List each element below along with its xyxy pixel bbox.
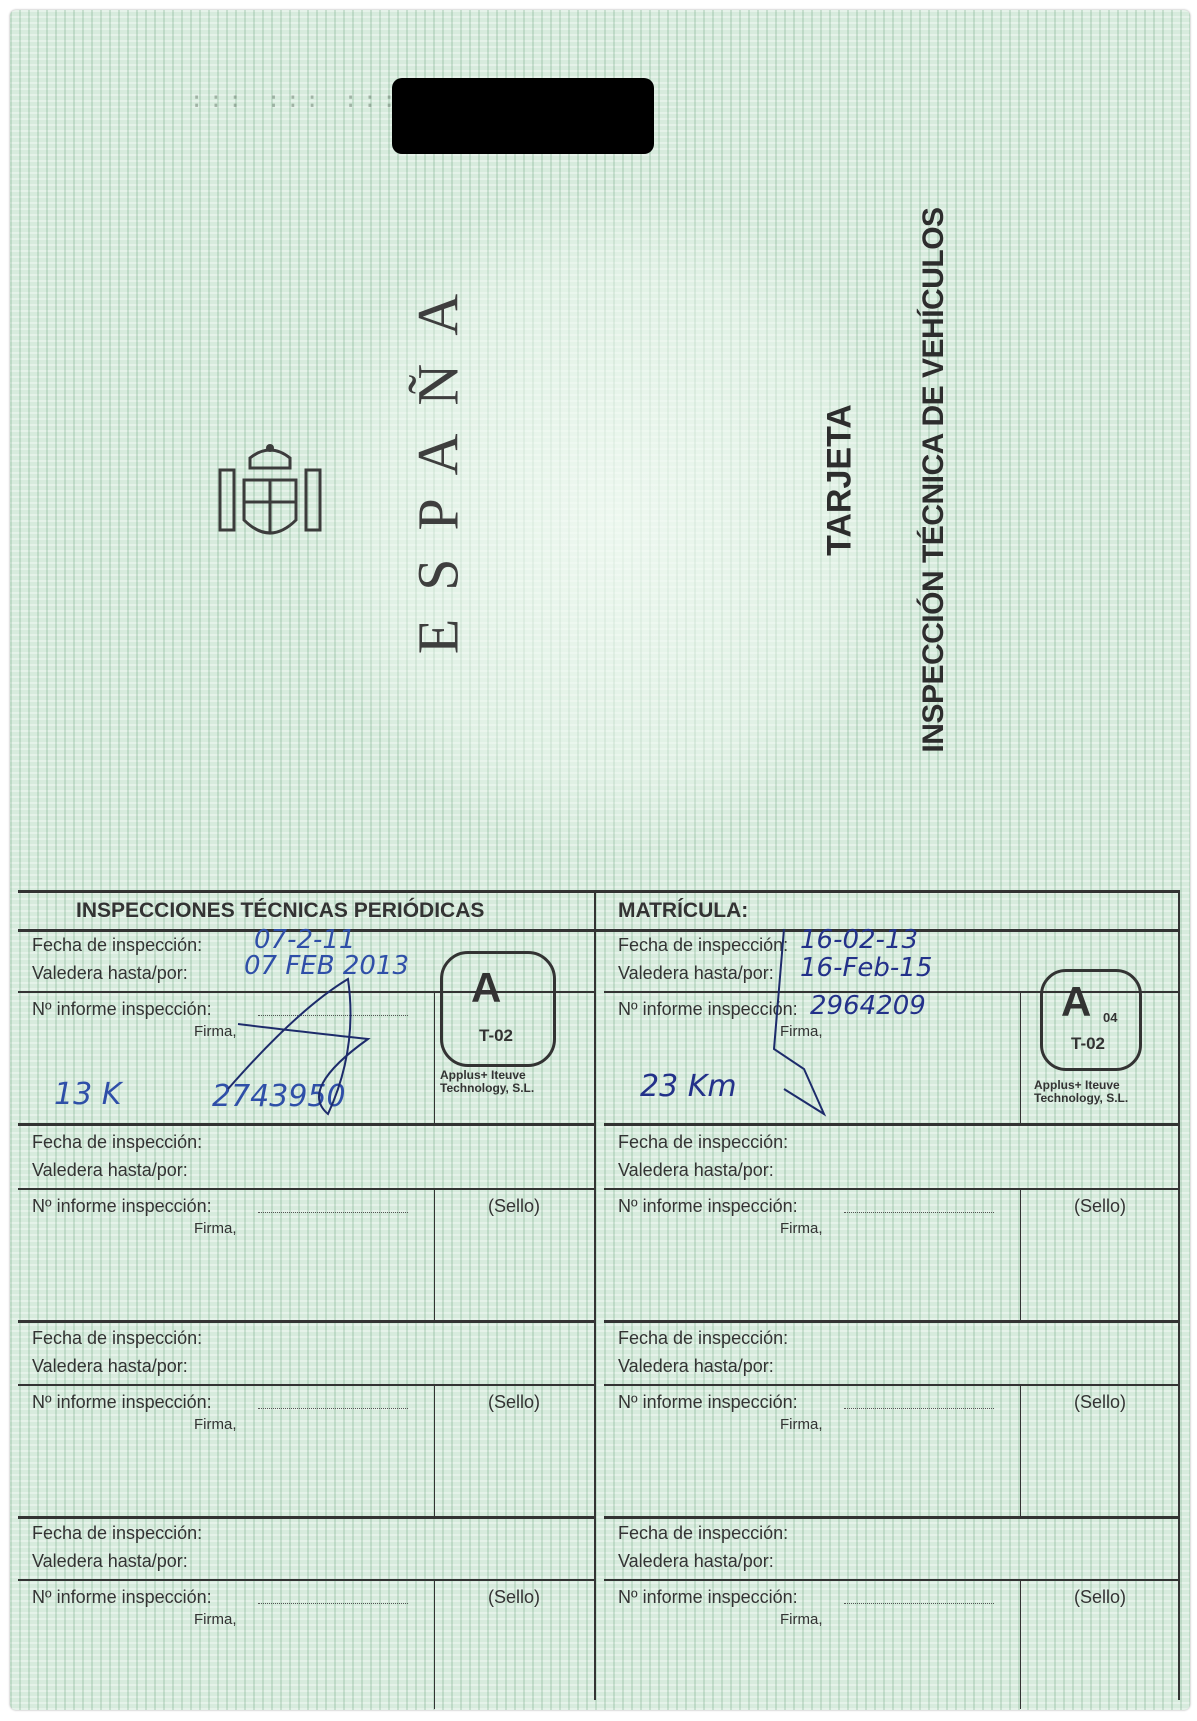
sello-label: (Sello) — [488, 1392, 540, 1413]
perforation-marks: ::: ::: ::: — [190, 88, 402, 113]
block-bottom-border — [18, 1516, 594, 1519]
fecha-label: Fecha de inspección: — [32, 935, 202, 956]
informe-dotted-line — [258, 1212, 408, 1213]
firma-label: Firma, — [780, 1611, 823, 1628]
row-separator — [18, 1579, 594, 1581]
valedera-label: Valedera hasta/por: — [32, 1356, 188, 1377]
valedera-label: Valedera hasta/por: — [618, 1356, 774, 1377]
signature-scribble — [744, 919, 864, 1119]
block-bottom-border — [604, 1320, 1180, 1323]
fecha-label: Fecha de inspección: — [618, 1523, 788, 1544]
block-bottom-border — [604, 1123, 1180, 1126]
handwritten-km: 13 K — [54, 1077, 121, 1112]
informe-dotted-line — [844, 1603, 994, 1604]
valedera-label: Valedera hasta/por: — [32, 1160, 188, 1181]
informe-label: Nº informe inspección: — [32, 999, 212, 1020]
firma-label: Firma, — [194, 1416, 237, 1433]
sello-label: (Sello) — [1074, 1196, 1126, 1217]
informe-label: Nº informe inspección: — [618, 1587, 798, 1608]
block-bottom-border — [18, 1320, 594, 1323]
stamp-cell-divider — [434, 1188, 435, 1320]
row-separator — [604, 1188, 1180, 1190]
stamp-sub-code: 04 — [1103, 1010, 1117, 1025]
firma-label: Firma, — [194, 1611, 237, 1628]
sello-label: (Sello) — [488, 1587, 540, 1608]
sello-label: (Sello) — [488, 1196, 540, 1217]
valedera-label: Valedera hasta/por: — [32, 963, 188, 984]
valedera-label: Valedera hasta/por: — [32, 1551, 188, 1572]
stamp-cell-divider — [434, 1579, 435, 1709]
stamp-caption: Applus+ Iteuve Technology, S.L. — [1034, 1079, 1154, 1105]
itv-stamp: A 04 T-02 — [1040, 969, 1142, 1071]
sello-label: (Sello) — [1074, 1392, 1126, 1413]
stamp-code: T-02 — [1071, 1034, 1105, 1054]
row-separator — [18, 1188, 594, 1190]
itv-stamp: A T-02 — [440, 951, 556, 1067]
fecha-label: Fecha de inspección: — [618, 1132, 788, 1153]
fecha-label: Fecha de inspección: — [618, 1328, 788, 1349]
stamp-cell-divider — [434, 1384, 435, 1516]
card-subtitle: INSPECCIÓN TÉCNICA DE VEHÍCULOS — [917, 207, 951, 752]
firma-label: Firma, — [780, 1220, 823, 1237]
stamp-cell-divider — [1020, 1384, 1021, 1516]
stamp-mark: A — [1061, 978, 1091, 1026]
fecha-label: Fecha de inspección: — [32, 1328, 202, 1349]
stamp-cell-divider — [1020, 1579, 1021, 1709]
stamp-cell-divider — [434, 991, 435, 1123]
row-separator — [604, 1579, 1180, 1581]
row-separator — [18, 1384, 594, 1386]
block-bottom-border — [604, 1516, 1180, 1519]
card-title: TARJETA — [821, 404, 860, 556]
stamp-mark: A — [471, 964, 501, 1012]
column-divider — [594, 890, 596, 1700]
informe-label: Nº informe inspección: — [32, 1196, 212, 1217]
table-header: INSPECCIONES TÉCNICAS PERIÓDICAS MATRÍCU… — [18, 890, 1180, 932]
informe-dotted-line — [844, 1212, 994, 1213]
inspection-card: ::: ::: ::: ESPAÑA TARJETA INSPECCIÓN TÉ… — [10, 10, 1190, 1710]
valedera-label: Valedera hasta/por: — [618, 1160, 774, 1181]
redaction-block — [392, 78, 654, 154]
informe-label: Nº informe inspección: — [32, 1587, 212, 1608]
fecha-label: Fecha de inspección: — [32, 1523, 202, 1544]
coat-of-arms-icon — [210, 440, 330, 555]
informe-label: Nº informe inspección: — [618, 1196, 798, 1217]
firma-label: Firma, — [780, 1416, 823, 1433]
signature-scribble — [218, 969, 418, 1119]
informe-dotted-line — [844, 1408, 994, 1409]
informe-label: Nº informe inspección: — [32, 1392, 212, 1413]
block-bottom-border — [18, 1123, 594, 1126]
stamp-code: T-02 — [479, 1026, 513, 1046]
handwritten-km: 23 Km — [640, 1069, 737, 1104]
firma-label: Firma, — [194, 1220, 237, 1237]
stamp-cell-divider — [1020, 991, 1021, 1123]
periodic-inspections-header: INSPECCIONES TÉCNICAS PERIÓDICAS — [76, 899, 484, 923]
valedera-label: Valedera hasta/por: — [618, 1551, 774, 1572]
plate-number-header: MATRÍCULA: — [618, 899, 748, 923]
fecha-label: Fecha de inspección: — [32, 1132, 202, 1153]
country-name: ESPAÑA — [405, 266, 472, 654]
stamp-caption: Applus+ Iteuve Technology, S.L. — [440, 1069, 560, 1095]
informe-dotted-line — [258, 1603, 408, 1604]
informe-label: Nº informe inspección: — [618, 1392, 798, 1413]
informe-dotted-line — [258, 1408, 408, 1409]
row-separator — [604, 1384, 1180, 1386]
stamp-cell-divider — [1020, 1188, 1021, 1320]
sello-label: (Sello) — [1074, 1587, 1126, 1608]
